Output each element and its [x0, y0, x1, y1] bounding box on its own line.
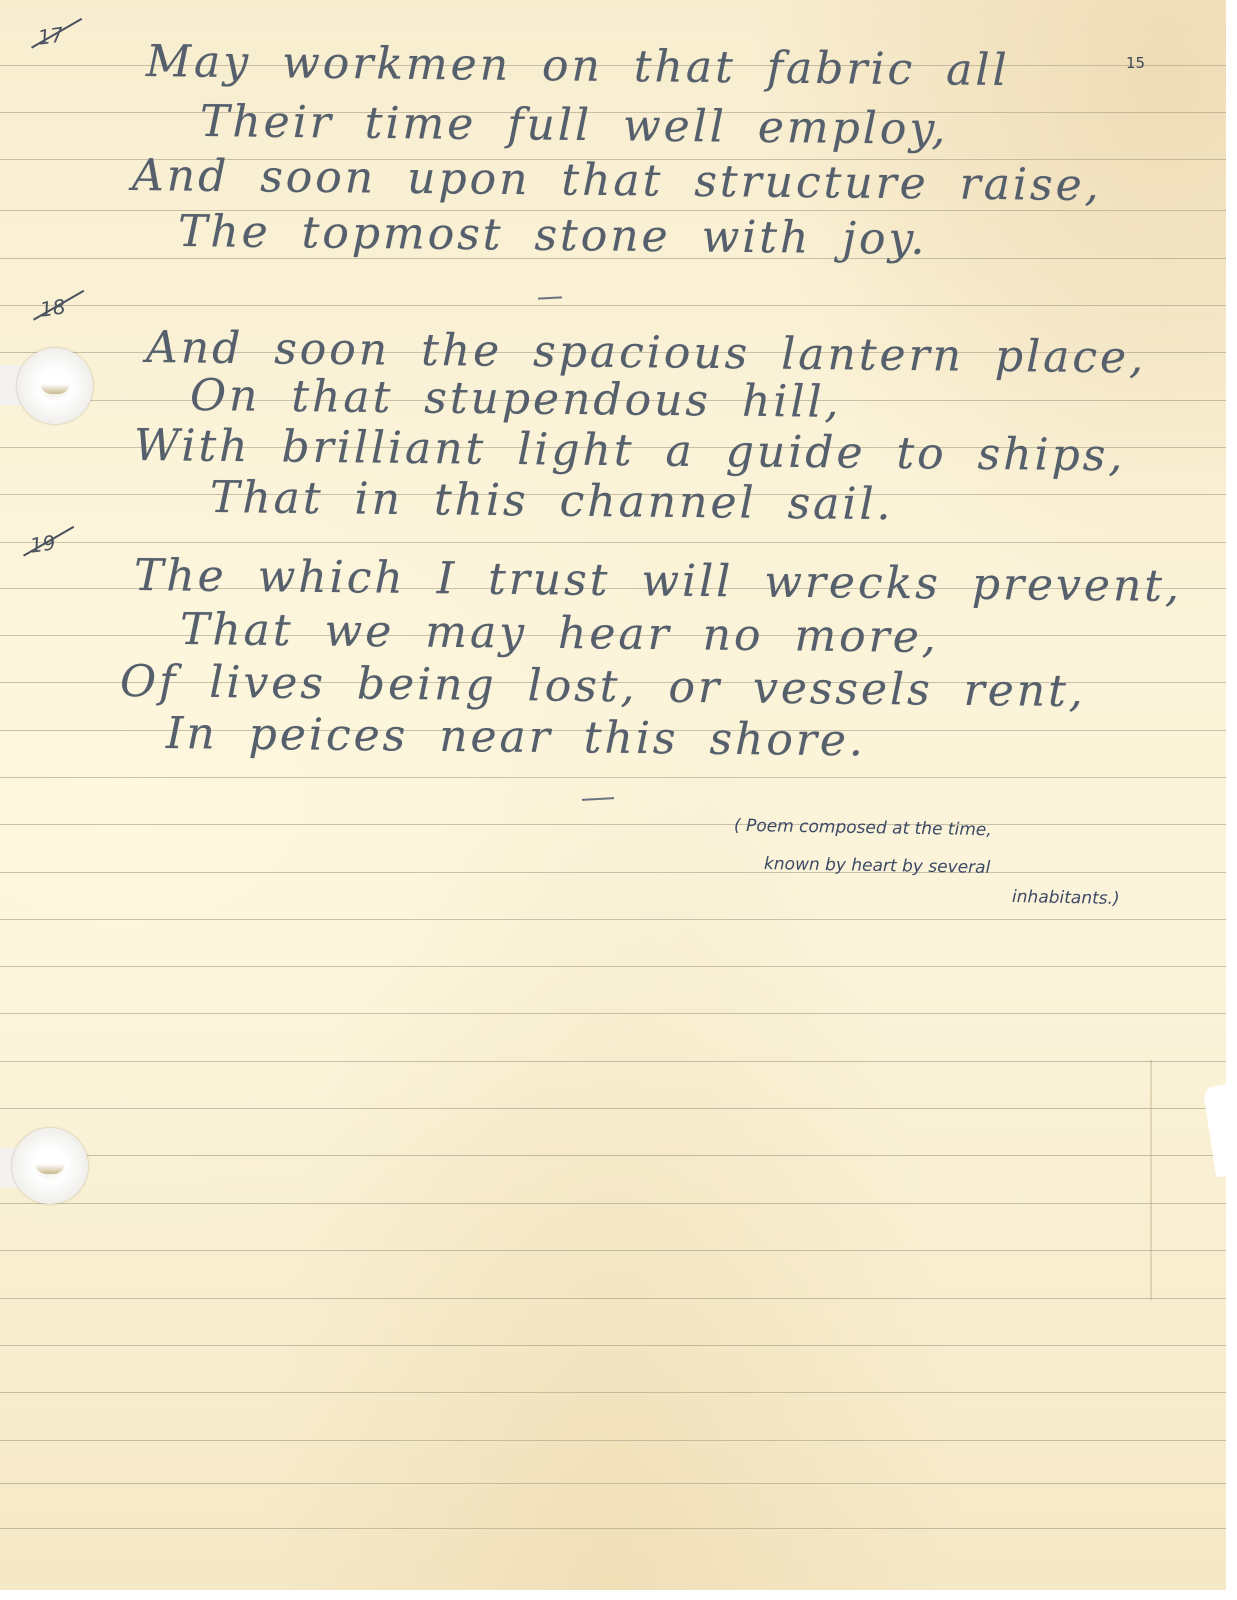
ruled-line — [0, 1108, 1226, 1109]
ruled-line — [0, 305, 1226, 306]
poem-line: Their time full well employ, — [200, 96, 949, 155]
poem-end-mark — [582, 797, 614, 801]
ruled-line — [0, 1155, 1226, 1156]
poem-line: The which I trust will wrecks prevent, — [134, 550, 1183, 612]
ruled-line — [0, 777, 1226, 778]
poem-line: That in this channel sail. — [210, 472, 894, 530]
ruled-line — [0, 966, 1226, 967]
stanza-number: 18 — [38, 294, 67, 321]
binder-hole-reinforcement — [12, 1128, 88, 1204]
poem-line: The topmost stone with joy. — [178, 206, 928, 265]
ruled-line — [0, 1528, 1226, 1529]
ruled-line — [0, 1061, 1226, 1062]
ruled-line — [0, 1392, 1226, 1393]
poem-line: And soon upon that structure raise, — [132, 150, 1102, 211]
annotation-note-line: inhabitants.) — [1012, 887, 1120, 909]
stanza-number: 17 — [36, 22, 65, 49]
ruled-line — [0, 872, 1226, 873]
paper-fold-crease — [1150, 1060, 1152, 1300]
ruled-line — [0, 1440, 1226, 1441]
ruled-line — [0, 1483, 1226, 1484]
ruled-line — [0, 1250, 1226, 1251]
ruled-line — [0, 542, 1226, 543]
ruled-line — [0, 919, 1226, 920]
binder-hole-reinforcement — [17, 348, 93, 424]
stanza-separator — [538, 296, 562, 299]
page-number: 15 — [1126, 54, 1145, 72]
poem-line: On that stupendous hill, — [190, 370, 842, 428]
poem-line: May workmen on that fabric all — [146, 36, 1010, 96]
ruled-line — [0, 1203, 1226, 1204]
manuscript-page: 15 17 May workmen on that fabric all The… — [0, 0, 1226, 1590]
annotation-note-line: ( Poem composed at the time, — [734, 816, 992, 840]
ruled-line — [0, 1298, 1226, 1299]
stanza-number: 19 — [28, 530, 57, 557]
poem-line: In peices near this shore. — [166, 708, 866, 766]
poem-line: That we may hear no more, — [180, 604, 939, 663]
ruled-line — [0, 824, 1226, 825]
ruled-line — [0, 1013, 1226, 1014]
ruled-line — [0, 1345, 1226, 1346]
annotation-note-line: known by heart by several — [764, 854, 991, 878]
poem-line: Of lives being lost, or vessels rent, — [120, 656, 1086, 717]
